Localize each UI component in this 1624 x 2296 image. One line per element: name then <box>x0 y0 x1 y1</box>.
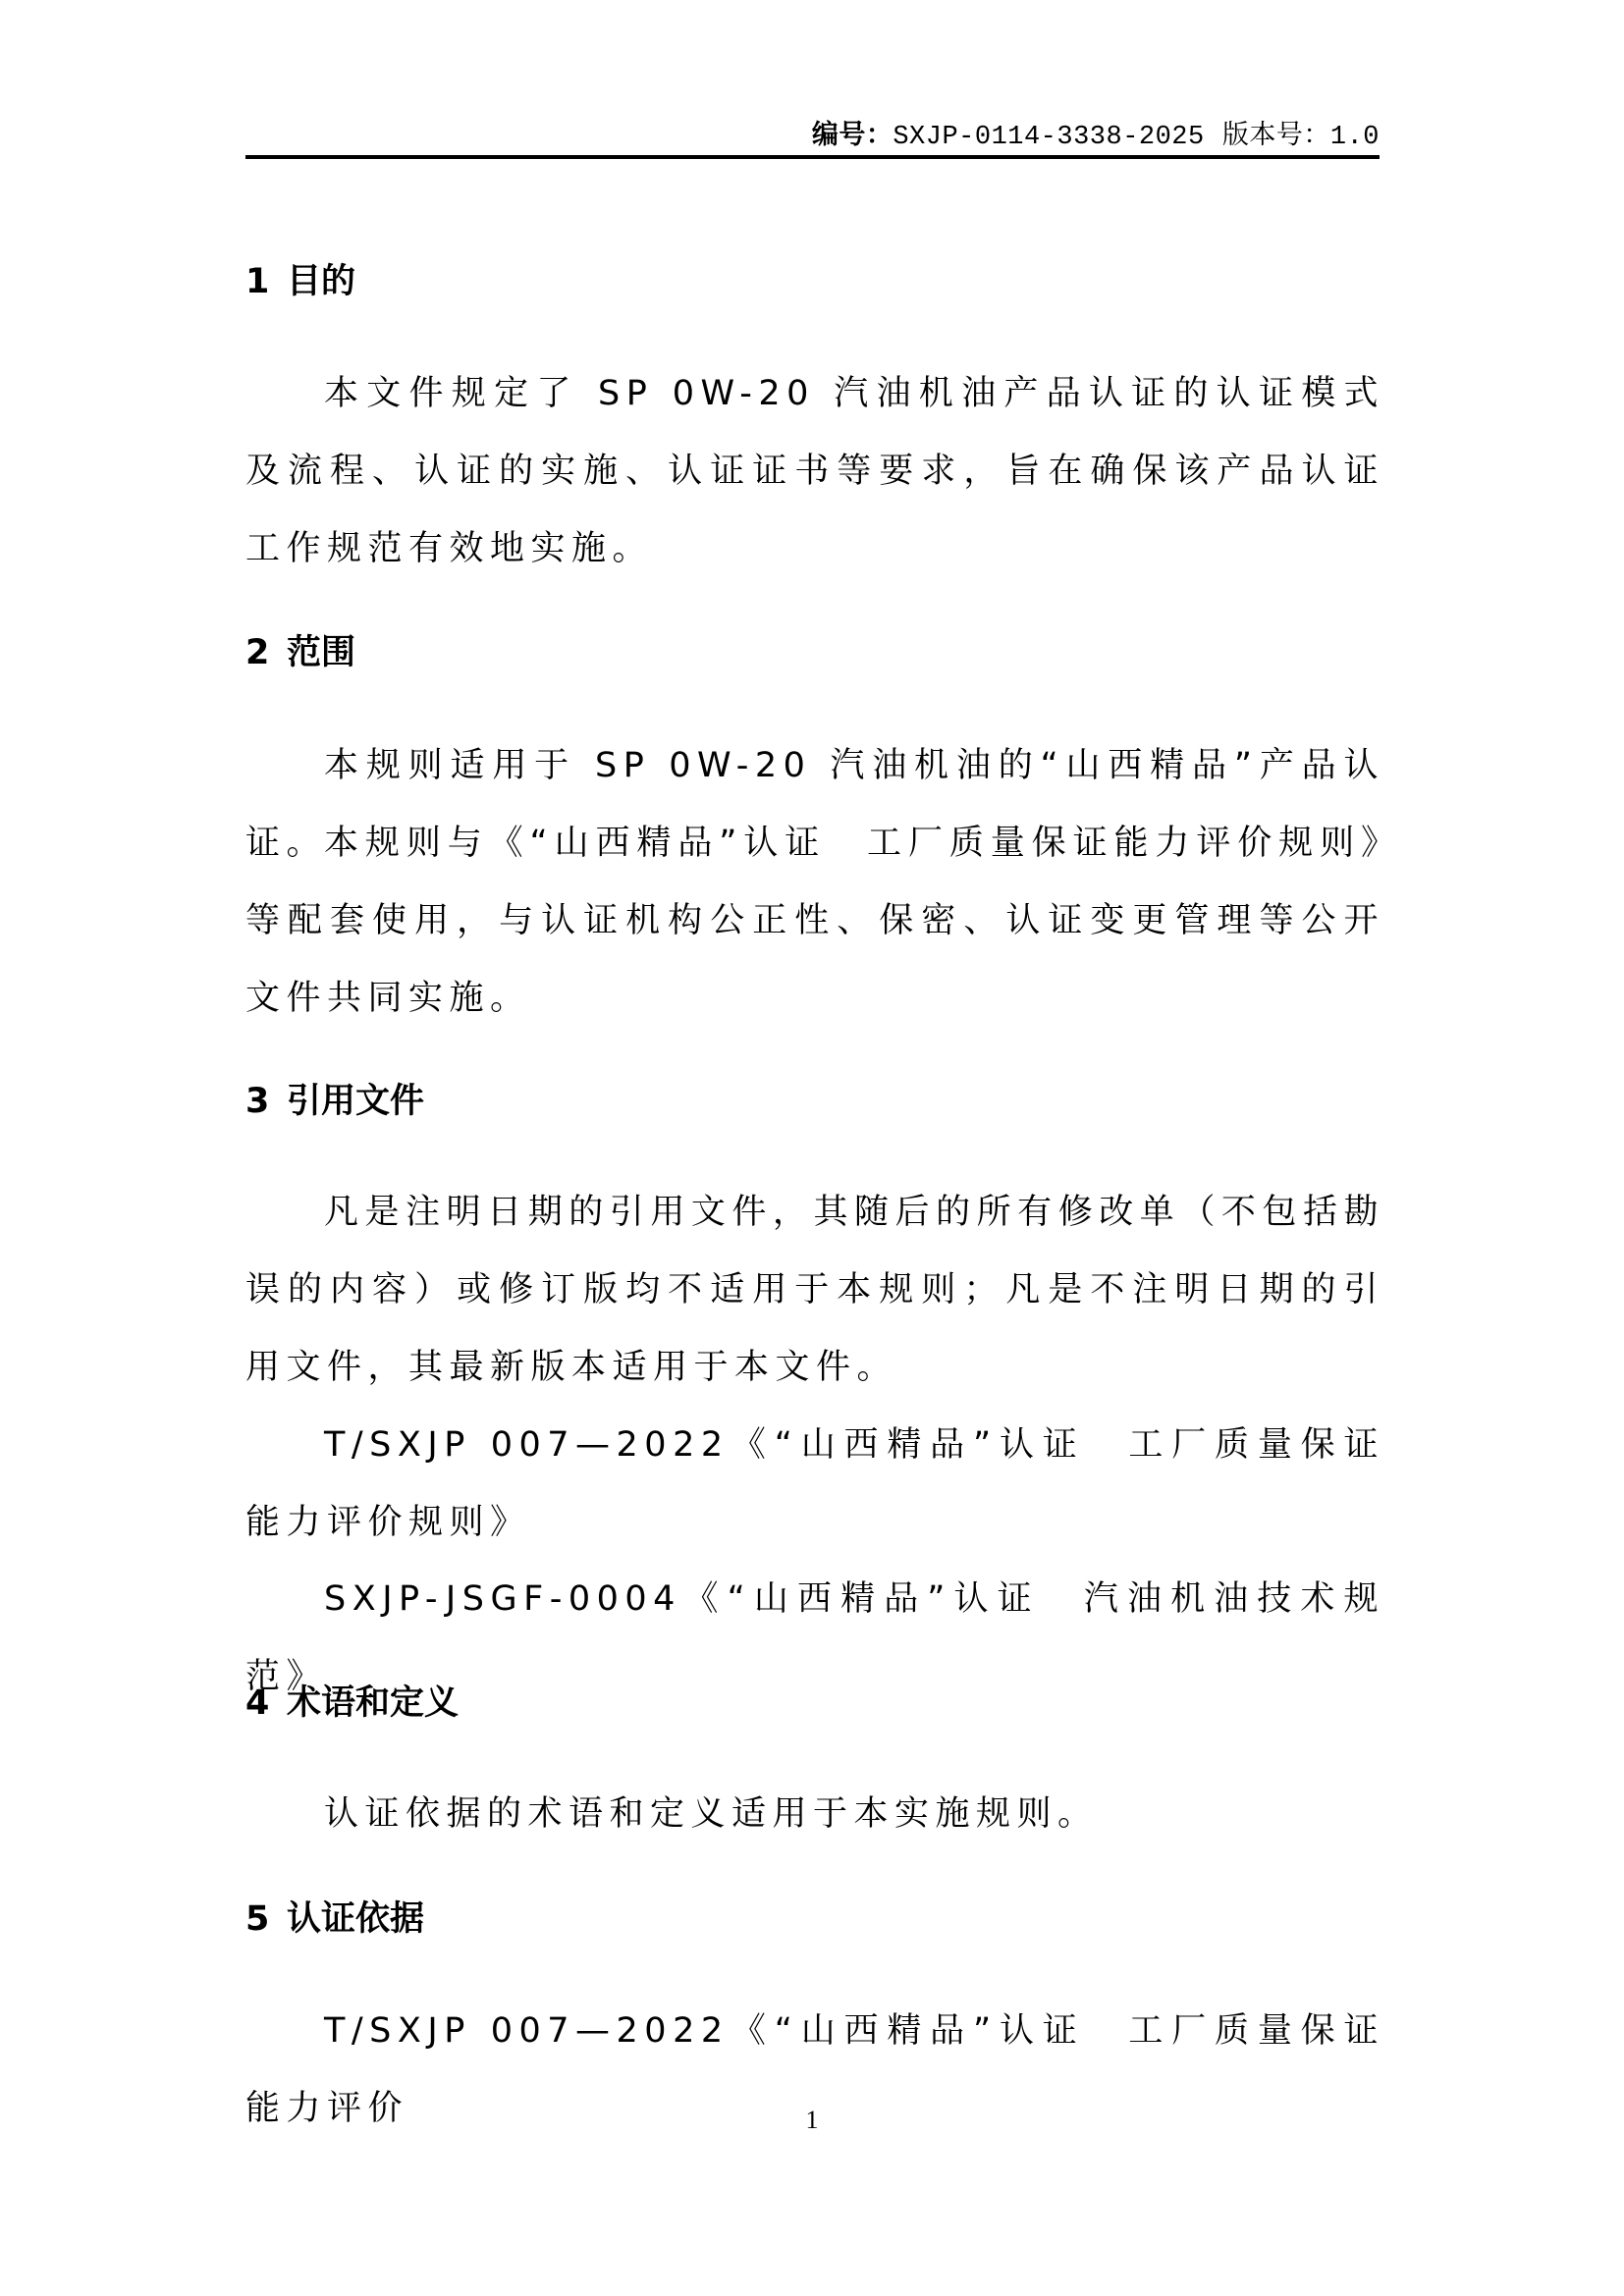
version-label: 版本号： <box>1222 120 1330 150</box>
paragraph: 本文件规定了 SP 0W-20 汽油机油产品认证的认证模式及流程、认证的实施、认… <box>245 355 1384 588</box>
section-heading-purpose: 1目的 <box>245 257 355 306</box>
section-title: 目的 <box>287 262 355 301</box>
section-number: 4 <box>245 1679 287 1728</box>
doc-number-value: SXJP-0114-3338-2025 <box>893 123 1204 152</box>
page-header: 编号：SXJP-0114-3338-2025 版本号：1.0 <box>245 116 1380 155</box>
section-heading-terms: 4术语和定义 <box>245 1679 459 1728</box>
section-number: 2 <box>245 628 287 677</box>
paragraph: 本规则与《“山西精品”认证 工厂质量保证能力评价规则》等配套使用，与认证机构公正… <box>245 805 1384 1038</box>
document-page: 编号：SXJP-0114-3338-2025 版本号：1.0 1目的 本文件规定… <box>0 0 1624 2296</box>
section-title: 范围 <box>287 633 355 672</box>
section-title: 认证依据 <box>287 1899 424 1939</box>
section-title: 引用文件 <box>287 1082 424 1121</box>
header-divider <box>245 155 1380 159</box>
paragraph: 认证依据的术语和定义适用于本实施规则。 <box>245 1776 1384 1853</box>
section-number: 3 <box>245 1077 287 1126</box>
section-title: 术语和定义 <box>287 1683 459 1723</box>
section-heading-scope: 2范围 <box>245 628 355 677</box>
reference-item: T/SXJP 007—2022《“山西精品”认证 工厂质量保证能力评价规则》 <box>245 1407 1384 1562</box>
section-heading-basis: 5认证依据 <box>245 1895 424 1944</box>
section-number: 5 <box>245 1895 287 1944</box>
page-number: 1 <box>0 2106 1624 2135</box>
doc-number-label: 编号： <box>812 120 893 150</box>
version-value: 1.0 <box>1330 123 1380 152</box>
section-number: 1 <box>245 257 287 306</box>
section-heading-references: 3引用文件 <box>245 1077 424 1126</box>
paragraph: 凡是注明日期的引用文件，其随后的所有修改单（不包括勘误的内容）或修订版均不适用于… <box>245 1174 1384 1407</box>
